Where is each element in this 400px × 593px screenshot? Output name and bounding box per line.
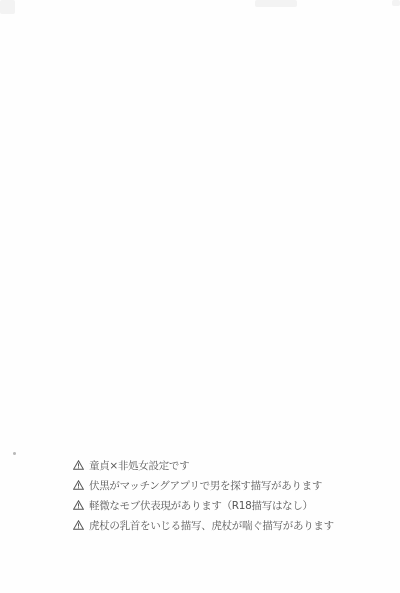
content-warning-item: 軽微なモブ伏表現があります（R18描写はなし） — [73, 495, 334, 515]
warning-triangle-icon — [73, 460, 84, 470]
scan-artifact — [392, 0, 400, 6]
warning-triangle-icon — [73, 480, 84, 490]
scan-artifact — [0, 0, 15, 14]
book-page: 童貞×非処女設定です 伏黒がマッチングアプリで男を探す描写があります 軽微なモブ… — [0, 0, 400, 593]
content-warning-list: 童貞×非処女設定です 伏黒がマッチングアプリで男を探す描写があります 軽微なモブ… — [73, 455, 334, 535]
content-warning-text: 童貞×非処女設定です — [89, 458, 189, 473]
warning-triangle-icon — [73, 500, 84, 510]
content-warning-item: 伏黒がマッチングアプリで男を探す描写があります — [73, 475, 334, 495]
content-warning-item: 童貞×非処女設定です — [73, 455, 334, 475]
content-warning-text: 虎杖の乳首をいじる描写、虎杖が喘ぐ描写があります — [89, 518, 334, 533]
content-warning-text: 伏黒がマッチングアプリで男を探す描写があります — [89, 478, 322, 493]
warning-triangle-icon — [73, 520, 84, 530]
content-warning-item: 虎杖の乳首をいじる描写、虎杖が喘ぐ描写があります — [73, 515, 334, 535]
content-warning-text: 軽微なモブ伏表現があります（R18描写はなし） — [89, 498, 313, 513]
scan-artifact — [255, 0, 297, 7]
scan-dust-dot — [13, 452, 16, 455]
